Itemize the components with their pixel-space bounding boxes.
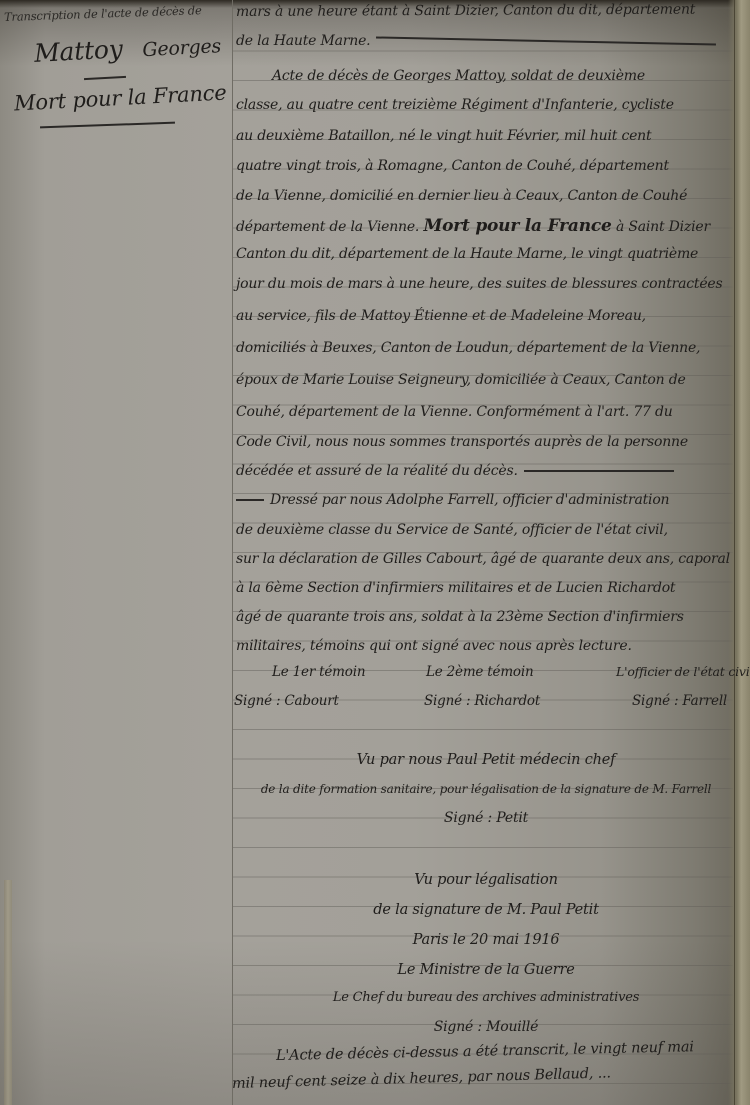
body-line: classe, au quatre cent treizième Régimen… bbox=[236, 97, 674, 113]
body-line: militaires, témoins qui ont signé avec n… bbox=[236, 638, 632, 654]
body-line: quatre vingt trois, à Romagne, Canton de… bbox=[236, 158, 669, 174]
body-line: sur la déclaration de Gilles Cabourt, âg… bbox=[236, 551, 730, 567]
margin-name-underline bbox=[84, 76, 126, 80]
body-line: à la 6ème Section d'infirmiers militaire… bbox=[236, 580, 675, 596]
margin-surname: Mattoy bbox=[33, 34, 123, 68]
legalisation2-signed: Signé : Mouillé bbox=[236, 1019, 736, 1035]
body-line: époux de Marie Louise Seigneury, domicil… bbox=[236, 372, 686, 388]
body-line: décédée et assuré de la réalité du décès… bbox=[236, 463, 674, 479]
body-line: Dressé par nous Adolphe Farrell, officie… bbox=[236, 492, 669, 508]
legalisation2-bureau-chief: Le Chef du bureau des archives administr… bbox=[236, 990, 736, 1005]
line-lead-rule bbox=[236, 499, 264, 501]
legalisation2-line1: Vu pour légalisation bbox=[236, 872, 736, 888]
margin-mention-underline bbox=[40, 122, 175, 129]
body-line: Canton du dit, département de la Haute M… bbox=[236, 246, 698, 262]
line-filler-rule bbox=[376, 36, 716, 45]
margin-rule bbox=[232, 0, 233, 1105]
legalisation1-line1: Vu par nous Paul Petit médecin chef bbox=[236, 752, 736, 768]
officer-title: L'officier de l'état civil bbox=[616, 664, 750, 679]
body-line: Couhé, département de la Vienne. Conform… bbox=[236, 404, 673, 420]
body-line: au service, fils de Mattoy Étienne et de… bbox=[236, 308, 646, 324]
margin-mention: Mort pour la France bbox=[14, 80, 228, 115]
body-line: Acte de décès de Georges Mattoy, soldat … bbox=[272, 68, 645, 84]
mort-pour-la-france: Mort pour la France bbox=[423, 216, 611, 236]
margin-given-name: Georges bbox=[142, 35, 222, 61]
witness2-signed: Signé : Richardot bbox=[424, 693, 540, 709]
witness1-title: Le 1er témoin bbox=[272, 664, 365, 680]
body-line: au deuxième Bataillon, né le vingt huit … bbox=[236, 128, 651, 144]
body-line: Code Civil, nous nous sommes transportés… bbox=[236, 434, 688, 450]
binding-strip bbox=[4, 880, 12, 1105]
body-line: domiciliés à Beuxes, Canton de Loudun, d… bbox=[236, 340, 700, 356]
register-page: Transcription de l'acte de décès de Matt… bbox=[0, 0, 750, 1105]
body-line: de deuxième classe du Service de Santé, … bbox=[236, 522, 668, 538]
legalisation2-line2: de la signature de M. Paul Petit bbox=[236, 902, 736, 918]
body-line: de la Vienne, domicilié en dernier lieu … bbox=[236, 188, 687, 204]
witness2-title: Le 2ème témoin bbox=[426, 664, 533, 680]
body-line: département de la Vienne. Mort pour la F… bbox=[236, 216, 710, 236]
officer-signed: Signé : Farrell bbox=[632, 693, 727, 709]
witness1-signed: Signé : Cabourt bbox=[234, 693, 339, 709]
legalisation2-date: Paris le 20 mai 1916 bbox=[236, 932, 736, 948]
margin-name: Mattoy Georges bbox=[33, 29, 221, 68]
legalisation1-signed: Signé : Petit bbox=[236, 810, 736, 826]
body-line: de la Haute Marne. bbox=[236, 33, 716, 49]
legalisation2-minister: Le Ministre de la Guerre bbox=[236, 962, 736, 978]
body-line: mars à une heure étant à Saint Dizier, C… bbox=[236, 2, 695, 20]
body-line: âgé de quarante trois ans, soldat à la 2… bbox=[236, 609, 684, 625]
line-filler-rule bbox=[524, 470, 674, 472]
legalisation1-line2: de la dite formation sanitaire, pour lég… bbox=[236, 782, 736, 796]
body-line: jour du mois de mars à une heure, des su… bbox=[236, 276, 722, 292]
